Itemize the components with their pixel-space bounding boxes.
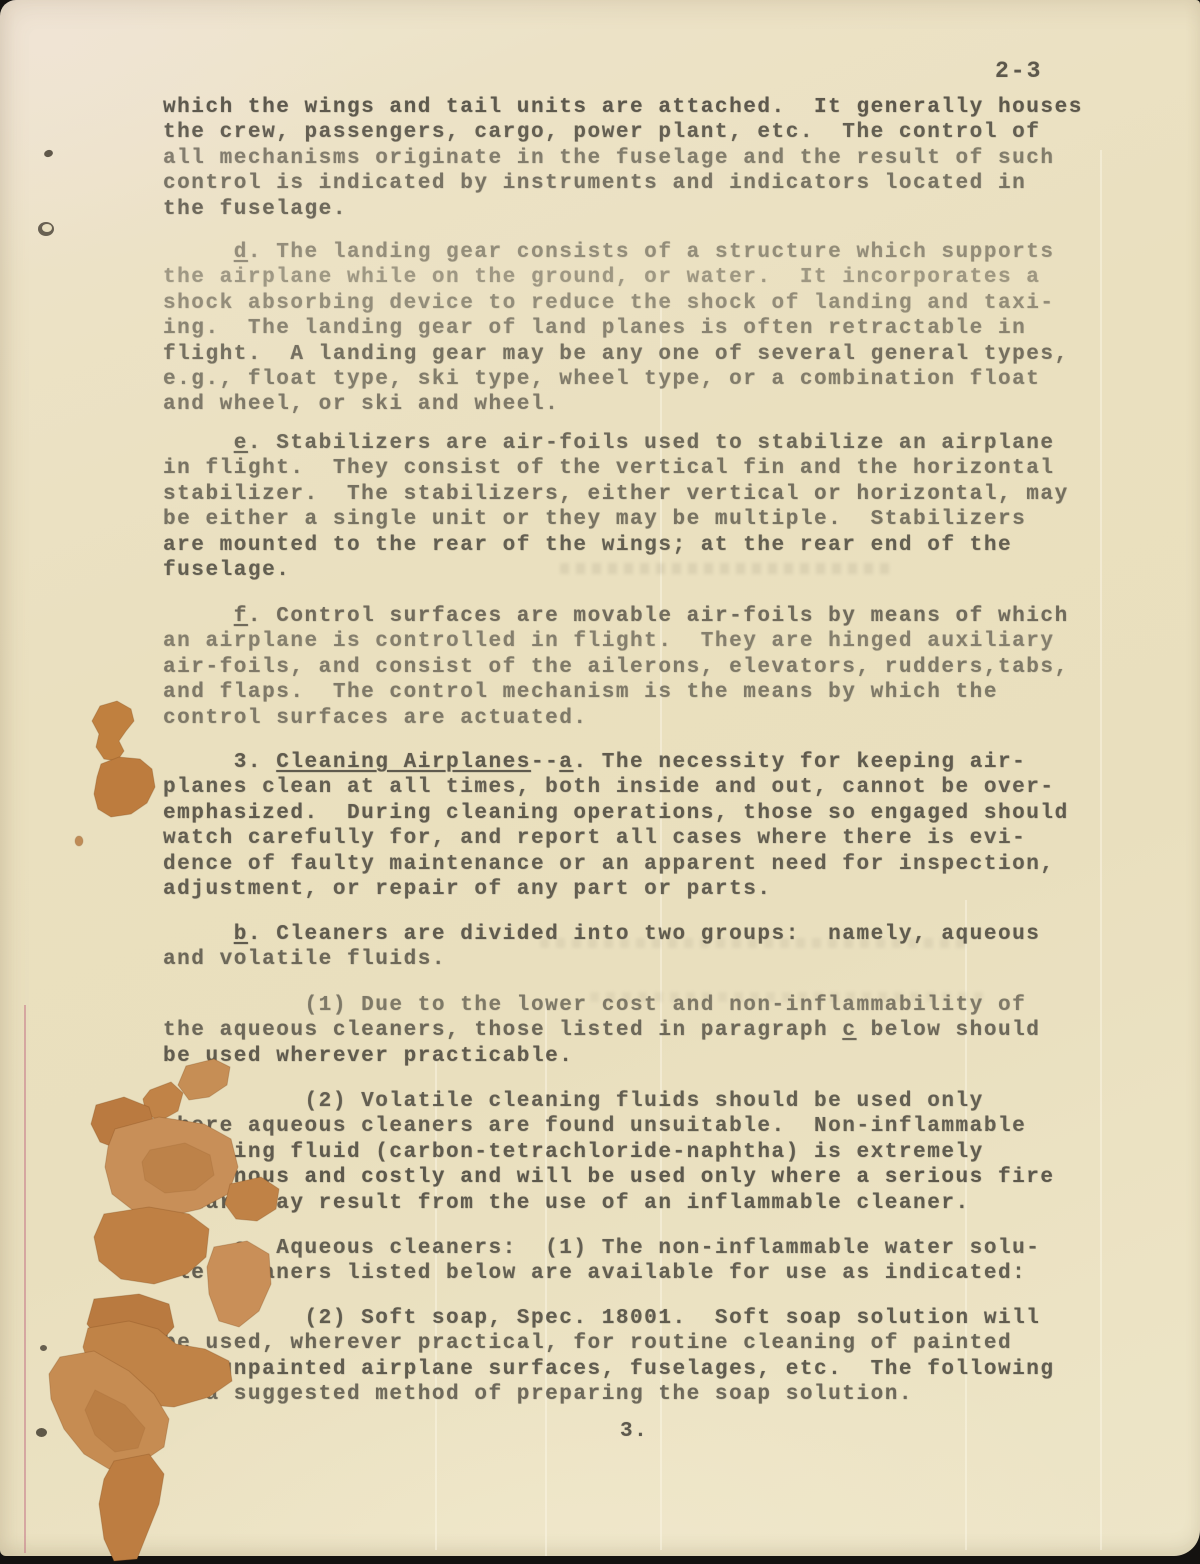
text-segment: stabilizer. The stabilizers, either vert…	[163, 483, 1069, 506]
underlined-text: f	[234, 605, 248, 628]
text-segment: the airplane while on the ground, or wat…	[163, 266, 1040, 289]
text-segment: poisonous and costly and will be used on…	[163, 1166, 1055, 1189]
text-line: be used, wherever practical, for routine…	[163, 1331, 1055, 1356]
underlined-text: d	[234, 241, 248, 264]
text-segment: be used, wherever practical, for routine…	[163, 1332, 1012, 1355]
text-line: the aqueous cleaners, those listed in pa…	[163, 1018, 1040, 1043]
text-line: the airplane while on the ground, or wat…	[163, 265, 1069, 290]
text-line: be used wherever practicable.	[163, 1044, 1040, 1069]
paragraph: (2) Volatile cleaning fluids should be u…	[163, 1089, 1055, 1216]
text-segment: is a suggested method of preparing the s…	[163, 1383, 913, 1406]
paper-speck	[40, 1345, 47, 1351]
text-segment: air-foils, and consist of the ailerons, …	[163, 656, 1069, 679]
text-segment: the fuselage.	[163, 198, 347, 221]
text-line: the crew, passengers, cargo, power plant…	[163, 120, 1083, 145]
text-segment: and flaps. The control mechanism is the …	[163, 681, 998, 704]
paper-speck	[36, 1428, 47, 1437]
text-segment: --	[531, 751, 559, 774]
text-segment: adjustment, or repair of any part or par…	[163, 878, 772, 901]
paragraph: b. Cleaners are divided into two groups:…	[163, 922, 1040, 973]
text-line: 3. Cleaning Airplanes--a. The necessity …	[163, 750, 1069, 775]
text-line: dence of faulty maintenance or an appare…	[163, 852, 1069, 877]
text-line: (2) Volatile cleaning fluids should be u…	[163, 1089, 1055, 1114]
text-segment: and unpainted airplane surfaces, fuselag…	[163, 1358, 1055, 1381]
text-segment: e.g., float type, ski type, wheel type, …	[163, 368, 1040, 391]
text-line: are mounted to the rear of the wings; at…	[163, 533, 1069, 558]
text-segment: . The landing gear consists of a structu…	[248, 241, 1055, 264]
page-footer-number: 3.	[620, 1420, 648, 1443]
text-line: f. Control surfaces are movable air-foil…	[163, 604, 1069, 629]
text-segment: 3.	[163, 751, 276, 774]
paragraph: which the wings and tail units are attac…	[163, 95, 1083, 222]
text-line: flight. A landing gear may be any one of…	[163, 342, 1069, 367]
text-line: stabilizer. The stabilizers, either vert…	[163, 482, 1069, 507]
text-line: (2) Soft soap, Spec. 18001. Soft soap so…	[163, 1306, 1055, 1331]
text-segment: . Stabilizers are air-foils used to stab…	[248, 432, 1055, 455]
text-segment: dence of faulty maintenance or an appare…	[163, 853, 1055, 876]
text-segment: control is indicated by instruments and …	[163, 172, 1026, 195]
paragraph: e. Stabilizers are air-foils used to sta…	[163, 431, 1069, 583]
text-line: d. The landing gear consists of a struct…	[163, 240, 1069, 265]
text-segment: where aqueous cleaners are found unsuita…	[163, 1115, 1026, 1138]
text-line: all mechanisms originate in the fuselage…	[163, 146, 1083, 171]
underlined-text: c	[234, 1237, 248, 1260]
text-line: cleaning fluid (carbon-tetrachloride-nap…	[163, 1140, 1055, 1165]
text-segment: shock absorbing device to reduce the sho…	[163, 292, 1055, 315]
text-line: in flight. They consist of the vertical …	[163, 456, 1069, 481]
text-segment: planes clean at all times, both inside a…	[163, 776, 1055, 799]
text-line: an airplane is controlled in flight. The…	[163, 629, 1069, 654]
underlined-text: b	[234, 923, 248, 946]
text-line: where aqueous cleaners are found unsuita…	[163, 1114, 1055, 1139]
text-line: e.g., float type, ski type, wheel type, …	[163, 367, 1069, 392]
paper-speck	[42, 224, 52, 232]
text-segment: . Aqueous cleaners: (1) The non-inflamma…	[248, 1237, 1041, 1260]
text-line: watch carefully for, and report all case…	[163, 826, 1069, 851]
text-segment: watch carefully for, and report all case…	[163, 827, 1026, 850]
text-segment: in flight. They consist of the vertical …	[163, 457, 1055, 480]
text-line: control surfaces are actuated.	[163, 706, 1069, 731]
text-line: and volatile fluids.	[163, 947, 1040, 972]
text-segment: all mechanisms originate in the fuselage…	[163, 147, 1055, 170]
paragraph: d. The landing gear consists of a struct…	[163, 240, 1069, 418]
text-line: adjustment, or repair of any part or par…	[163, 877, 1069, 902]
text-segment	[163, 605, 234, 628]
text-segment: . Control surfaces are movable air-foils…	[248, 605, 1069, 628]
text-segment: emphasized. During cleaning operations, …	[163, 802, 1069, 825]
text-segment	[163, 1237, 234, 1260]
text-line: poisonous and costly and will be used on…	[163, 1165, 1055, 1190]
text-segment: are mounted to the rear of the wings; at…	[163, 534, 1012, 557]
text-segment	[163, 241, 234, 264]
text-segment: fuselage.	[163, 559, 290, 582]
underlined-text: c	[842, 1019, 856, 1042]
text-segment: and wheel, or ski and wheel.	[163, 393, 559, 416]
text-line: which the wings and tail units are attac…	[163, 95, 1083, 120]
text-line: and unpainted airplane surfaces, fuselag…	[163, 1357, 1055, 1382]
text-segment: the aqueous cleaners, those listed in pa…	[163, 1019, 842, 1042]
text-line: shock absorbing device to reduce the sho…	[163, 291, 1069, 316]
text-segment: (2) Volatile cleaning fluids should be u…	[163, 1090, 984, 1113]
underlined-text: Cleaning Airplanes	[276, 751, 531, 774]
text-line: hazard may result from the use of an inf…	[163, 1191, 1055, 1216]
text-line: c. Aqueous cleaners: (1) The non-inflamm…	[163, 1236, 1040, 1261]
text-line: and flaps. The control mechanism is the …	[163, 680, 1069, 705]
text-line: is a suggested method of preparing the s…	[163, 1382, 1055, 1407]
text-segment: (1) Due to the lower cost and non-inflam…	[163, 994, 1026, 1017]
paragraph: c. Aqueous cleaners: (1) The non-inflamm…	[163, 1236, 1040, 1287]
text-line: fuselage.	[163, 558, 1069, 583]
text-segment	[163, 923, 234, 946]
text-segment: and volatile fluids.	[163, 948, 446, 971]
text-segment: the crew, passengers, cargo, power plant…	[163, 121, 1040, 144]
text-segment: (2) Soft soap, Spec. 18001. Soft soap so…	[163, 1307, 1040, 1330]
text-segment: ing. The landing gear of land planes is …	[163, 317, 1026, 340]
text-segment: which the wings and tail units are attac…	[163, 96, 1083, 119]
text-line: ble cleaners listed below are available …	[163, 1261, 1040, 1286]
text-segment: . Cleaners are divided into two groups: …	[248, 923, 1041, 946]
text-line: planes clean at all times, both inside a…	[163, 775, 1069, 800]
text-line: (1) Due to the lower cost and non-inflam…	[163, 993, 1040, 1018]
text-segment: cleaning fluid (carbon-tetrachloride-nap…	[163, 1141, 984, 1164]
typewritten-text: which the wings and tail units are attac…	[0, 0, 1200, 1556]
paragraph: f. Control surfaces are movable air-foil…	[163, 604, 1069, 731]
paragraph: 3. Cleaning Airplanes--a. The necessity …	[163, 750, 1069, 902]
underlined-text: a	[559, 751, 573, 774]
text-segment: be either a single unit or they may be m…	[163, 508, 1026, 531]
text-line: air-foils, and consist of the ailerons, …	[163, 655, 1069, 680]
text-segment: hazard may result from the use of an inf…	[163, 1192, 970, 1215]
paragraph: (1) Due to the lower cost and non-inflam…	[163, 993, 1040, 1069]
text-segment: below should	[856, 1019, 1040, 1042]
text-line: control is indicated by instruments and …	[163, 171, 1083, 196]
text-line: emphasized. During cleaning operations, …	[163, 801, 1069, 826]
text-segment: an airplane is controlled in flight. The…	[163, 630, 1055, 653]
text-line: e. Stabilizers are air-foils used to sta…	[163, 431, 1069, 456]
text-line: and wheel, or ski and wheel.	[163, 392, 1069, 417]
text-line: b. Cleaners are divided into two groups:…	[163, 922, 1040, 947]
text-line: be either a single unit or they may be m…	[163, 507, 1069, 532]
text-segment: be used wherever practicable.	[163, 1045, 573, 1068]
text-segment: control surfaces are actuated.	[163, 707, 588, 730]
text-line: ing. The landing gear of land planes is …	[163, 316, 1069, 341]
text-segment: . The necessity for keeping air-	[573, 751, 1026, 774]
underlined-text: e	[234, 432, 248, 455]
text-segment	[163, 432, 234, 455]
text-line: the fuselage.	[163, 197, 1083, 222]
paragraph: (2) Soft soap, Spec. 18001. Soft soap so…	[163, 1306, 1055, 1408]
text-segment: flight. A landing gear may be any one of…	[163, 343, 1069, 366]
text-segment: ble cleaners listed below are available …	[163, 1262, 1026, 1285]
